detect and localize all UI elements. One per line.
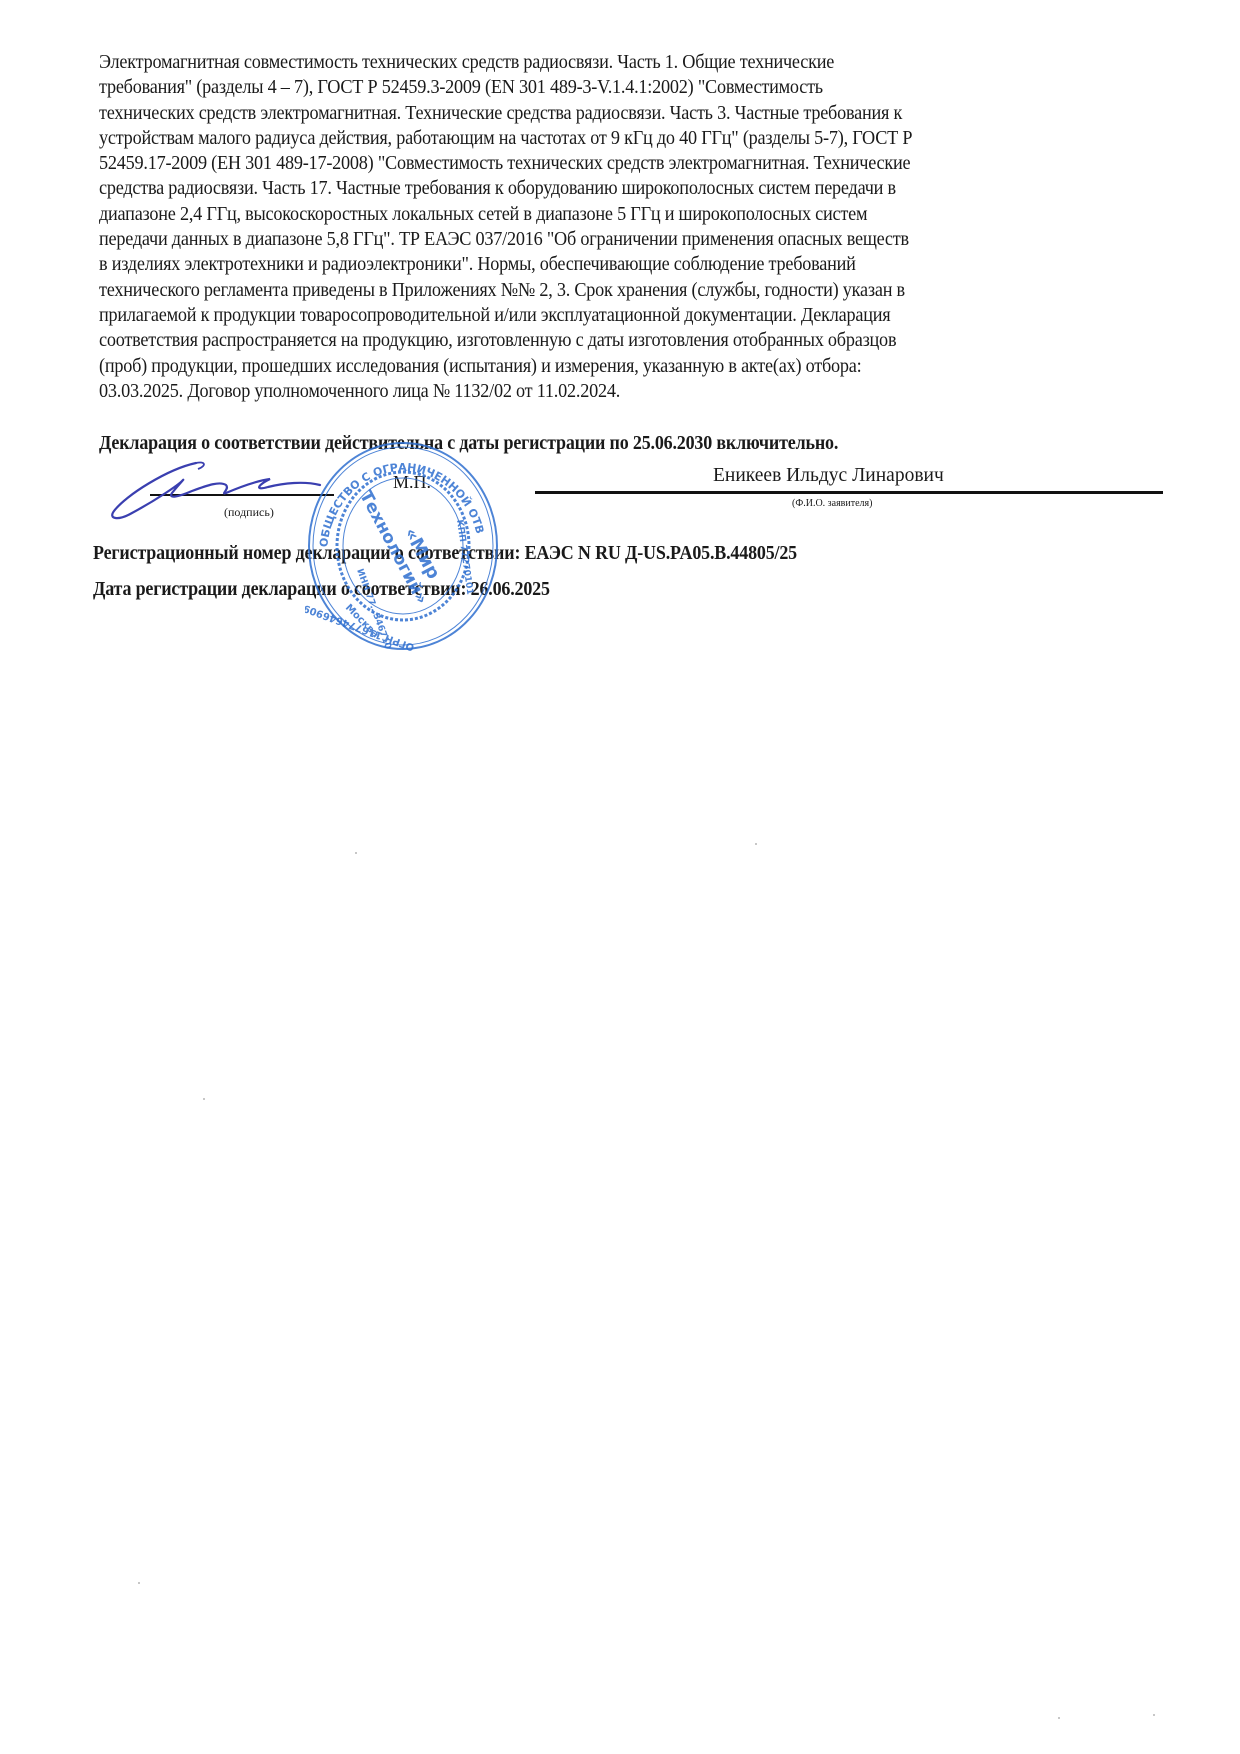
name-caption: (Ф.И.О. заявителя)	[792, 498, 872, 509]
body-line: Электромагнитная совместимость техническ…	[99, 50, 1076, 75]
company-stamp: ОБЩЕСТВО С ОГРАНИЧЕННОЙ ОТВЕТСТВЕННОСТЬЮ…	[305, 440, 500, 652]
body-line: соответствия распространяется на продукц…	[99, 328, 1076, 353]
body-line: требования" (разделы 4 – 7), ГОСТ Р 5245…	[99, 75, 1076, 100]
name-line	[535, 491, 1163, 494]
applicant-name: Еникеев Ильдус Линарович	[713, 465, 944, 487]
stamp-kpp: КПП 77270101	[454, 519, 474, 595]
body-line: средства радиосвязи. Часть 17. Частные т…	[99, 176, 1076, 201]
body-line: диапазоне 2,4 ГГц, высокоскоростных лока…	[99, 202, 1076, 227]
signature-stroke	[112, 463, 320, 518]
scan-speck	[1153, 1714, 1155, 1716]
scan-speck	[1058, 1717, 1060, 1719]
body-line: 52459.17-2009 (ЕН 301 489-17-2008) "Совм…	[99, 151, 1076, 176]
scan-speck	[138, 1582, 140, 1584]
body-line: технических средств электромагнитная. Те…	[99, 101, 1076, 126]
scan-speck	[355, 852, 357, 854]
body-line: 03.03.2025. Договор уполномоченного лица…	[99, 379, 1076, 404]
declaration-body-text: Электромагнитная совместимость техническ…	[99, 50, 1076, 404]
scan-speck	[755, 843, 757, 845]
scan-speck	[203, 1098, 205, 1100]
handwritten-signature	[108, 455, 328, 525]
document-page: Электромагнитная совместимость техническ…	[0, 0, 1240, 1754]
body-line: (проб) продукции, прошедших исследования…	[99, 354, 1076, 379]
body-line: технического регламента приведены в Прил…	[99, 278, 1076, 303]
body-line: в изделиях электротехники и радиоэлектро…	[99, 252, 1076, 277]
body-line: устройствам малого радиуса действия, раб…	[99, 126, 1076, 151]
body-line: прилагаемой к продукции товаросопроводит…	[99, 303, 1076, 328]
body-line: передачи данных в диапазоне 5,8 ГГц". ТР…	[99, 227, 1076, 252]
